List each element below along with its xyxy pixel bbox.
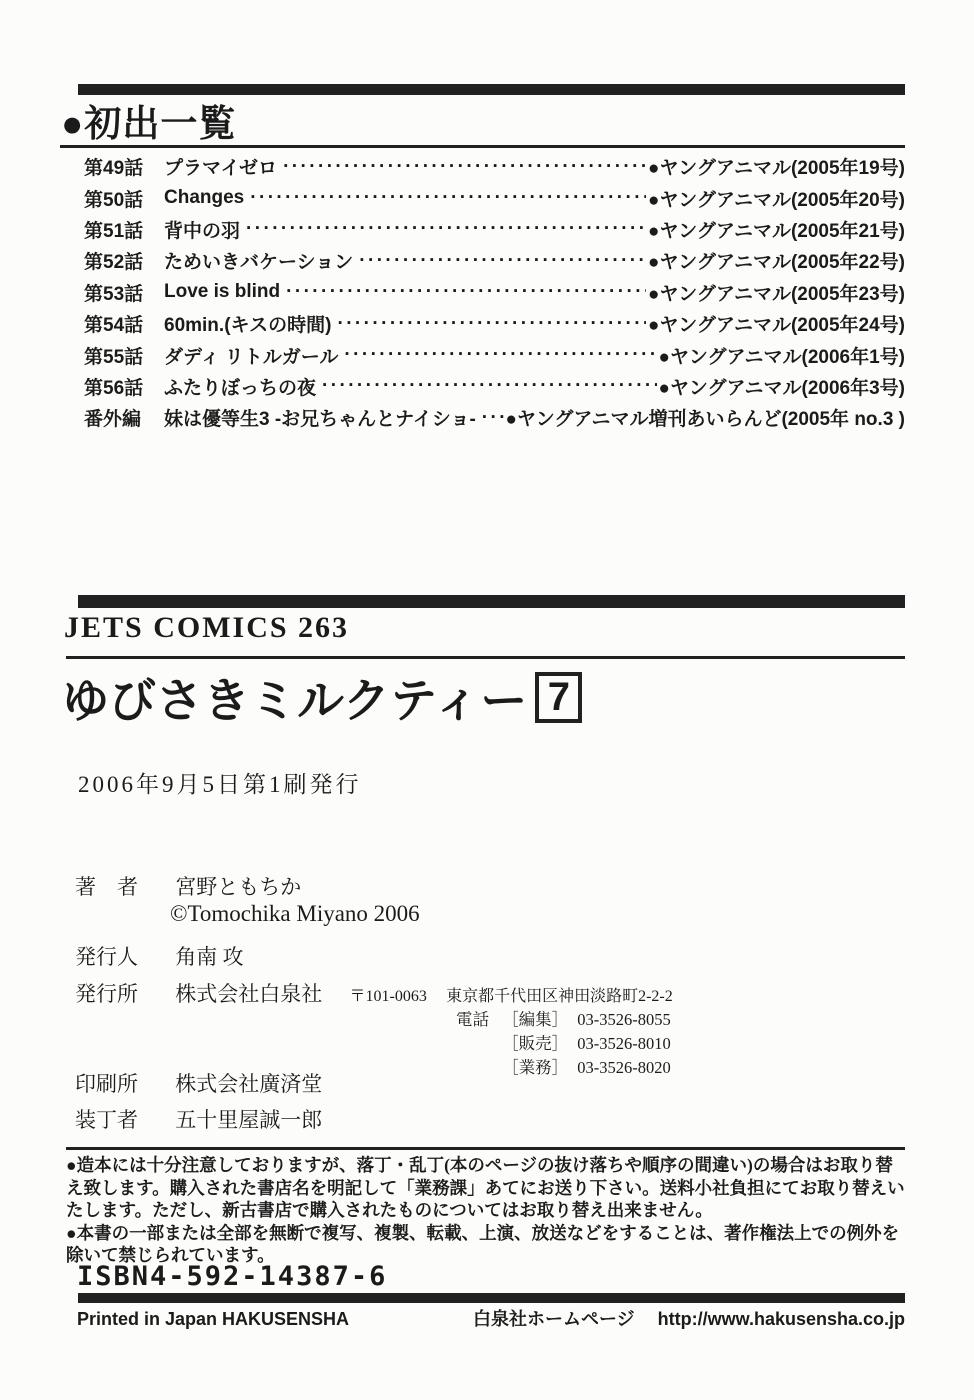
phone-prefix: 電話 — [456, 1006, 498, 1030]
dot-leader: ········································… — [344, 344, 656, 366]
phone-label: ［業務］ — [502, 1058, 568, 1077]
credit-row-publisher-person: 発行人 角南 攻 — [75, 941, 244, 971]
chapter-number: 番外編 — [84, 404, 164, 431]
footer-row: Printed in Japan HAKUSENSHA 白泉社ホームページ ht… — [77, 1305, 905, 1331]
chapter-row: 第50話 Changes ···························… — [84, 182, 905, 213]
phone-number: 03-3526-8055 — [577, 1010, 671, 1029]
printed-in-label: Printed in Japan HAKUSENSHA — [77, 1309, 349, 1330]
chapter-row: 第55話 ダディ リトルガール ························… — [84, 339, 905, 370]
credit-row-author: 著 者 宮野ともちか — [75, 871, 301, 901]
chapter-source: ●ヤングアニマル(2006年1号) — [659, 342, 905, 369]
chapter-row: 第53話 Love is blind ·····················… — [84, 277, 905, 308]
homepage-label: 白泉社ホームページ — [473, 1309, 635, 1329]
chapter-number: 第51話 — [84, 216, 164, 243]
volume-number-box: 7 — [535, 672, 582, 723]
chapter-row: 第56話 ふたりぼっちの夜 ··························… — [84, 371, 905, 402]
chapter-title: Love is blind — [164, 281, 280, 303]
credit-value: 宮野ともちか — [175, 875, 301, 899]
phone-row-operations: ［業務］ 03-3526-8020 — [456, 1054, 671, 1078]
chapter-title: ふたりぼっちの夜 — [164, 373, 316, 400]
credit-label: 印刷所 — [75, 1068, 170, 1098]
publisher-address: 東京都千代田区神田淡路町2-2-2 — [446, 988, 673, 1005]
phone-number: 03-3526-8010 — [577, 1034, 671, 1053]
chapter-title: プラマイゼロ — [164, 153, 277, 180]
chapter-source: ●ヤングアニマル(2005年24号) — [648, 310, 905, 337]
copyright-line: ©Tomochika Miyano 2006 — [170, 901, 420, 927]
chapter-source: ●ヤングアニマル(2005年23号) — [648, 279, 905, 306]
chapter-number: 第54話 — [84, 310, 164, 337]
print-date: 2006年9月5日第1刷発行 — [78, 766, 362, 799]
dot-leader: ········································… — [246, 218, 646, 240]
credit-row-publisher: 発行所 株式会社白泉社 〒101-0063 東京都千代田区神田淡路町2-2-2 — [75, 978, 673, 1008]
legal-rule — [66, 1147, 905, 1150]
phone-row-editorial: 電話 ［編集］ 03-3526-8055 — [456, 1006, 671, 1030]
chapter-row: 第52話 ためいきバケーション ························… — [84, 245, 905, 276]
credit-label: 著 者 — [75, 871, 170, 901]
colophon-page: ●初出一覧 第49話 プラマイゼロ ······················… — [0, 0, 974, 1400]
dot-leader: ········································… — [482, 407, 504, 429]
chapter-row: 番外編 妹は優等生3 -お兄ちゃんとナイショ- ················… — [84, 402, 905, 433]
first-publication-heading: ●初出一覧 — [61, 93, 236, 147]
book-title: ゆびさきミルクティー 7 — [62, 664, 582, 731]
chapter-title: Changes — [164, 187, 244, 209]
dot-leader: ········································… — [322, 375, 657, 397]
chapter-list: 第49話 プラマイゼロ ····························… — [84, 151, 905, 434]
credit-value: 角南 攻 — [175, 945, 243, 969]
credit-label: 発行人 — [75, 941, 170, 971]
chapter-title: 背中の羽 — [164, 216, 240, 243]
isbn-divider-bar — [78, 1293, 905, 1303]
phone-label: ［販売］ — [502, 1034, 568, 1053]
chapter-source: ●ヤングアニマル(2005年22号) — [648, 247, 905, 274]
homepage-line: 白泉社ホームページ http://www.hakusensha.co.jp — [473, 1305, 905, 1331]
heading-rule — [60, 145, 905, 148]
chapter-number: 第52話 — [84, 247, 164, 274]
series-label: JETS COMICS 263 — [64, 611, 349, 645]
dot-leader: ········································… — [359, 250, 646, 272]
credit-label: 装丁者 — [75, 1104, 170, 1134]
chapter-row: 第49話 プラマイゼロ ····························… — [84, 151, 905, 182]
chapter-title: ダディ リトルガール — [164, 342, 338, 369]
phone-number: 03-3526-8020 — [577, 1058, 671, 1077]
chapter-number: 第56話 — [84, 373, 164, 400]
chapter-title: 妹は優等生3 -お兄ちゃんとナイショ- — [164, 404, 476, 431]
chapter-title: 60min.(キスの時間) — [164, 310, 331, 337]
phone-label: ［編集］ — [502, 1010, 568, 1029]
dot-leader: ········································… — [286, 281, 646, 303]
defect-replacement-notice: ●造本には十分注意しておりますが、落丁・乱丁(本のページの抜け落ちや順序の間違い… — [66, 1154, 910, 1222]
chapter-source: ●ヤングアニマル(2005年19号) — [648, 153, 905, 180]
chapter-number: 第53話 — [84, 279, 164, 306]
chapter-source: ●ヤングアニマル(2005年20号) — [648, 185, 905, 212]
dot-leader: ········································… — [250, 187, 646, 209]
series-rule — [66, 656, 905, 659]
chapter-number: 第49話 — [84, 153, 164, 180]
credit-value: 株式会社白泉社 — [175, 982, 322, 1006]
section-divider-bar — [78, 595, 905, 608]
chapter-source: ●ヤングアニマル増刊あいらんど(2005年 no.3 ) — [506, 404, 906, 431]
credit-value: 株式会社廣済堂 — [175, 1072, 322, 1096]
chapter-number: 第50話 — [84, 185, 164, 212]
book-title-text: ゆびさきミルクティー — [62, 664, 527, 731]
isbn-number: ISBN4-592-14387-6 — [77, 1261, 387, 1292]
homepage-url: http://www.hakusensha.co.jp — [658, 1309, 905, 1329]
chapter-source: ●ヤングアニマル(2006年3号) — [659, 373, 905, 400]
chapter-title: ためいきバケーション — [164, 247, 353, 274]
dot-leader: ········································… — [337, 313, 646, 335]
legal-notices: ●造本には十分注意しておりますが、落丁・乱丁(本のページの抜け落ちや順序の間違い… — [66, 1154, 910, 1267]
chapter-row: 第54話 60min.(キスの時間) ·····················… — [84, 308, 905, 339]
chapter-row: 第51話 背中の羽 ······························… — [84, 214, 905, 245]
phone-row-sales: ［販売］ 03-3526-8010 — [456, 1030, 671, 1054]
credit-row-printer: 印刷所 株式会社廣済堂 — [75, 1068, 322, 1098]
credit-label: 発行所 — [75, 978, 170, 1008]
publisher-postal-code: 〒101-0063 — [350, 988, 427, 1005]
chapter-number: 第55話 — [84, 342, 164, 369]
chapter-source: ●ヤングアニマル(2005年21号) — [648, 216, 905, 243]
credit-row-designer: 装丁者 五十里屋誠一郎 — [75, 1104, 322, 1134]
dot-leader: ········································… — [283, 156, 646, 178]
credit-value: 五十里屋誠一郎 — [175, 1108, 322, 1132]
